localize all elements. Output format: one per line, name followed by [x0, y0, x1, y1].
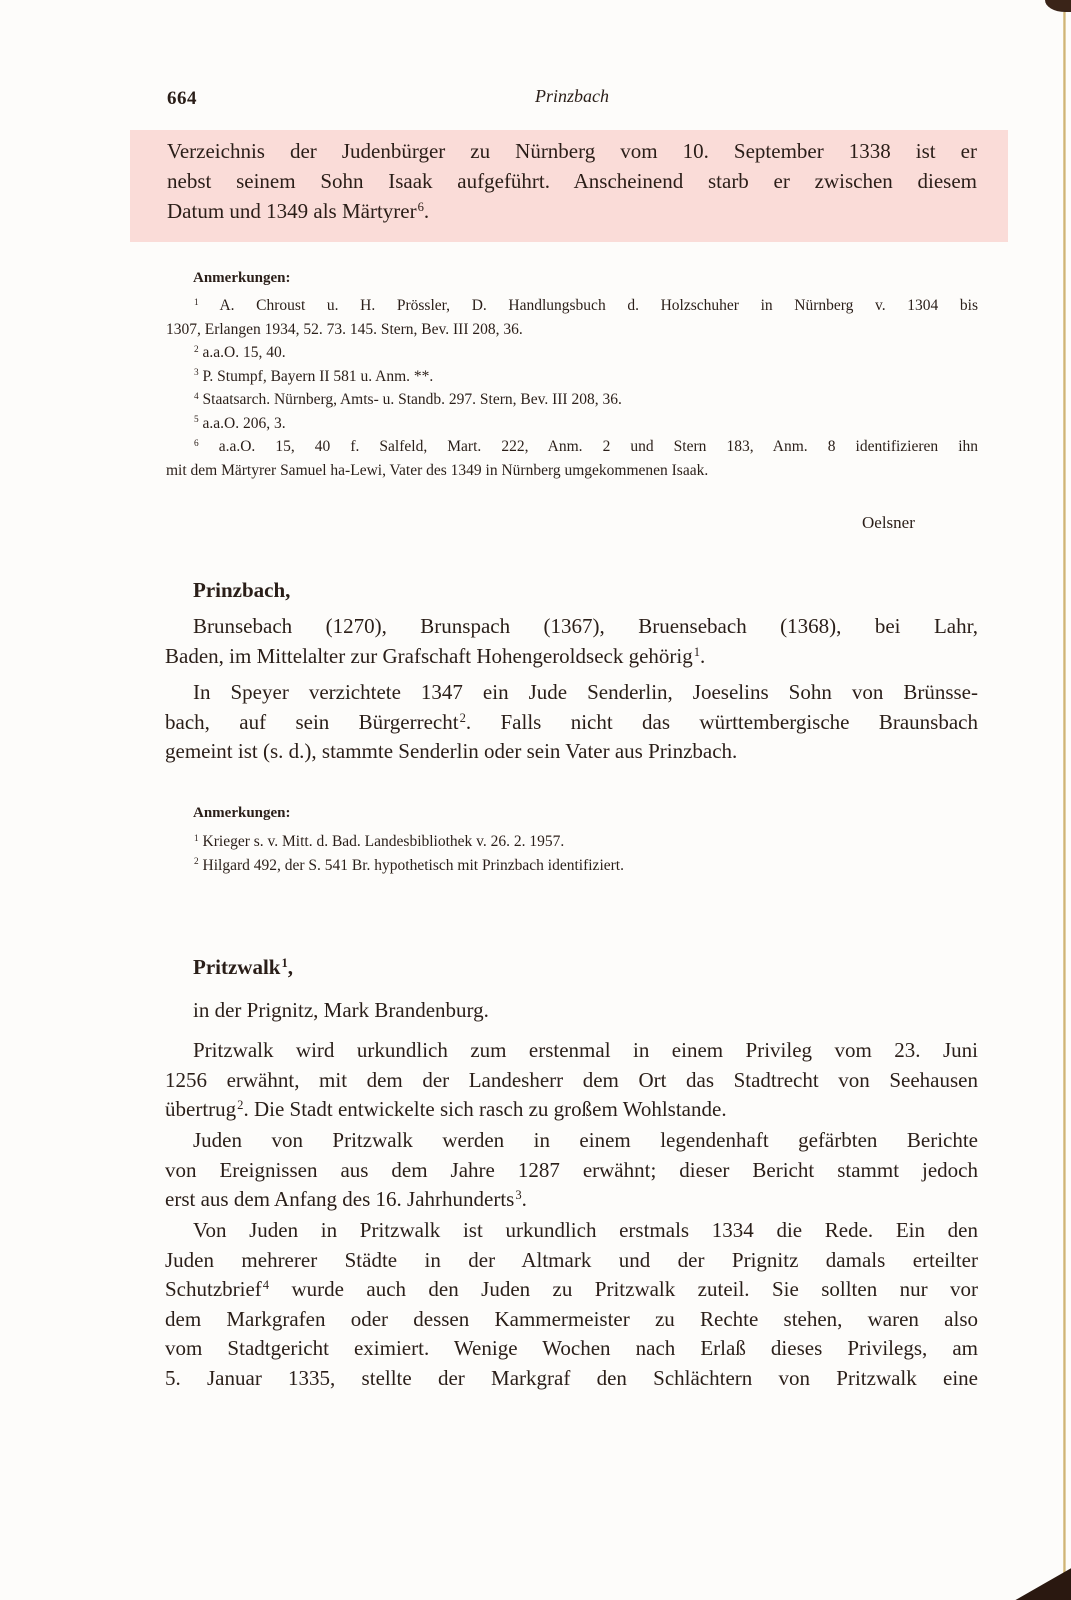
footnote-text: a.a.O. 206, 3. — [203, 415, 286, 432]
footnote-item: 2 a.a.O. 15, 40. — [166, 341, 978, 365]
text-line: Verzeichnis der Judenbürger zu Nürnberg … — [167, 136, 977, 166]
footnote-item-continuation: mit dem Märtyrer Samuel ha-Lewi, Vater d… — [166, 459, 978, 483]
title-text: Pritzwalk — [193, 955, 280, 979]
pritzwalk-paragraph-1: Pritzwalk wird urkundlich zum erstenmal … — [165, 1036, 978, 1125]
text-line: bach, auf sein Bürgerrecht2. Falls nicht… — [165, 708, 978, 738]
pritzwalk-paragraph-2: Juden von Pritzwalk werden in einem lege… — [165, 1126, 978, 1215]
page-header: 664 Prinzbach — [167, 88, 977, 116]
entry-title-pritzwalk: Pritzwalk1, — [193, 955, 293, 980]
text-fragment: übertrug — [165, 1097, 236, 1121]
footnote-item: 5 a.a.O. 206, 3. — [166, 412, 978, 436]
text-fragment: . — [522, 1187, 527, 1211]
footnote-item: 3 P. Stumpf, Bayern II 581 u. Anm. **. — [166, 365, 978, 389]
footnote-text: Staatsarch. Nürnberg, Amts- u. Standb. 2… — [203, 391, 622, 408]
footnotes-list: 1 A. Chroust u. H. Prössler, D. Handlung… — [166, 294, 978, 482]
text-line: nebst seinem Sohn Isaak aufgeführt. Ansc… — [167, 166, 977, 196]
running-head: Prinzbach — [167, 86, 977, 107]
footnote-item-continuation: 1307, Erlangen 1934, 52. 73. 145. Stern,… — [166, 318, 978, 342]
text-line: 5. Januar 1335, stellte der Markgraf den… — [165, 1364, 978, 1394]
text-fragment: Baden, im Mittelalter zur Grafschaft Hoh… — [165, 644, 693, 668]
footnote-number: 4 — [194, 392, 199, 402]
footnote-number: 2 — [194, 857, 199, 867]
text-line: übertrug2. Die Stadt entwickelte sich ra… — [165, 1095, 978, 1125]
text-line: von Ereignissen aus dem Jahre 1287 erwäh… — [165, 1156, 978, 1186]
text-line: Pritzwalk wird urkundlich zum erstenmal … — [165, 1036, 978, 1066]
footnote-number: 1 — [194, 298, 199, 308]
book-corner-bottom — [1005, 1566, 1071, 1600]
footnotes-list: 1 Krieger s. v. Mitt. d. Bad. Landesbibl… — [166, 830, 978, 877]
footnote-item: 1 A. Chroust u. H. Prössler, D. Handlung… — [166, 294, 978, 318]
footnote-item: 6 a.a.O. 15, 40 f. Salfeld, Mart. 222, A… — [166, 435, 978, 459]
footnote-number: 2 — [194, 345, 199, 355]
text-fragment: . — [424, 199, 429, 223]
highlighted-paragraph: Verzeichnis der Judenbürger zu Nürnberg … — [167, 136, 977, 226]
footnote-text: A. Chroust u. H. Prössler, D. Handlungsb… — [219, 297, 978, 314]
text-line: 1256 erwähnt, mit dem der Landesherr dem… — [165, 1066, 978, 1096]
text-fragment: Schutzbrief — [165, 1277, 262, 1301]
text-fragment: erst aus dem Anfang des 16. Jahrhunderts — [165, 1187, 514, 1211]
prinzbach-paragraph: In Speyer verzichtete 1347 ein Jude Send… — [165, 678, 978, 767]
text-line: vom Stadtgericht eximiert. Wenige Wochen… — [165, 1334, 978, 1364]
text-line: in der Prignitz, Mark Brandenburg. — [165, 996, 978, 1026]
footnote-text: Hilgard 492, der S. 541 Br. hypothetisch… — [203, 857, 624, 874]
footnote-number: 3 — [194, 368, 199, 378]
page-edge — [1063, 12, 1066, 1600]
text-line: Juden von Pritzwalk werden in einem lege… — [165, 1126, 978, 1156]
text-line: Baden, im Mittelalter zur Grafschaft Hoh… — [165, 642, 978, 672]
author-signature: Oelsner — [862, 513, 915, 533]
footnote-number: 1 — [194, 834, 199, 844]
text-line: In Speyer verzichtete 1347 ein Jude Send… — [165, 678, 978, 708]
footnote-text: a.a.O. 15, 40. — [203, 344, 286, 361]
notes-heading: Anmerkungen: — [193, 270, 291, 287]
footnote-number: 6 — [194, 439, 199, 449]
text-line: Schutzbrief4 wurde auch den Juden zu Pri… — [165, 1275, 978, 1305]
text-line: erst aus dem Anfang des 16. Jahrhunderts… — [165, 1185, 978, 1215]
text-line: dem Markgrafen oder dessen Kammermeister… — [165, 1305, 978, 1335]
text-line: Von Juden in Pritzwalk ist urkundlich er… — [165, 1216, 978, 1246]
text-fragment: . Die Stadt entwickelte sich rasch zu gr… — [243, 1097, 726, 1121]
notes-heading: Anmerkungen: — [193, 805, 291, 822]
footnote-number: 5 — [194, 415, 199, 425]
footnote-item: 2 Hilgard 492, der S. 541 Br. hypothetis… — [166, 854, 978, 878]
title-text: , — [288, 955, 293, 979]
text-fragment: bach, auf sein Bürgerrecht — [165, 710, 459, 734]
pritzwalk-paragraph-3: Von Juden in Pritzwalk ist urkundlich er… — [165, 1216, 978, 1393]
footnote-text: P. Stumpf, Bayern II 581 u. Anm. **. — [203, 368, 434, 385]
footnote-text: a.a.O. 15, 40 f. Salfeld, Mart. 222, Anm… — [219, 438, 978, 455]
text-line: Brunsebach (1270), Brunspach (1367), Bru… — [165, 612, 978, 642]
text-line: gemeint ist (s. d.), stammte Senderlin o… — [165, 737, 978, 767]
pritzwalk-location: in der Prignitz, Mark Brandenburg. — [165, 996, 978, 1026]
footnote-text: Krieger s. v. Mitt. d. Bad. Landesbiblio… — [203, 833, 565, 850]
text-line: Datum und 1349 als Märtyrer6. — [167, 196, 977, 226]
text-fragment: . Falls nicht das württembergische Braun… — [466, 710, 978, 734]
entry-title-prinzbach: Prinzbach, — [193, 578, 290, 603]
book-corner-top — [1045, 0, 1071, 12]
text-fragment: Datum und 1349 als Märtyrer — [167, 199, 417, 223]
footnote-item: 4 Staatsarch. Nürnberg, Amts- u. Standb.… — [166, 388, 978, 412]
footnote-item: 1 Krieger s. v. Mitt. d. Bad. Landesbibl… — [166, 830, 978, 854]
text-fragment: . — [700, 644, 705, 668]
prinzbach-intro: Brunsebach (1270), Brunspach (1367), Bru… — [165, 612, 978, 671]
text-line: Juden mehrerer Städte in der Altmark und… — [165, 1246, 978, 1276]
text-fragment: wurde auch den Juden zu Pritzwalk zuteil… — [269, 1277, 978, 1301]
